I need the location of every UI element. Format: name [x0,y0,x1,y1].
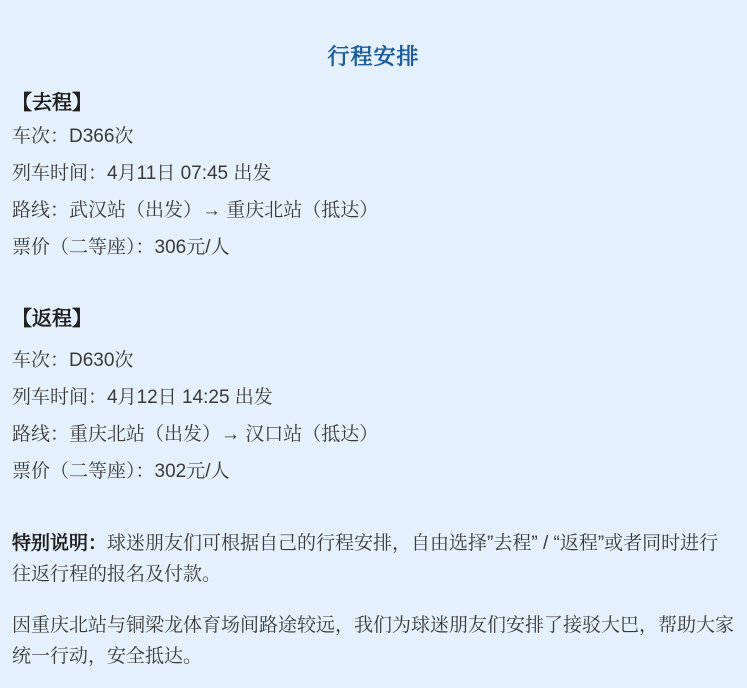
outbound-section: 【去程】 车次：D366次 列车时间：4月11日 07:45 出发 路线：武汉站… [12,92,735,258]
special-note-text: 球迷朋友们可根据自己的行程安排，自由选择”去程” / “返程”或者同时进行往返行… [12,533,718,585]
outbound-departure-time: 列车时间：4月11日 07:45 出发 [12,163,735,184]
return-section: 【返程】 车次：D630次 列车时间：4月12日 14:25 出发 路线：重庆北… [12,308,735,482]
special-note-label: 特别说明： [12,533,107,554]
return-section-heading: 【返程】 [12,308,735,330]
page-title: 行程安排 [12,0,735,70]
return-departure-time: 列车时间：4月12日 14:25 出发 [12,387,735,408]
return-train-number: 车次：D630次 [12,350,735,371]
special-note-paragraph: 特别说明：球迷朋友们可根据自己的行程安排，自由选择”去程” / “返程”或者同时… [12,528,735,590]
return-route: 路线：重庆北站（出发）→ 汉口站（抵达） [12,424,735,445]
outbound-ticket-price: 票价（二等座）：306元/人 [12,237,735,258]
article-page: 行程安排 【去程】 车次：D366次 列车时间：4月11日 07:45 出发 路… [0,0,747,672]
outbound-section-heading: 【去程】 [12,92,735,114]
shuttle-note-paragraph: 因重庆北站与铜梁龙体育场间路途较远，我们为球迷朋友们安排了接驳大巴，帮助大家统一… [12,610,735,672]
outbound-route: 路线：武汉站（出发）→ 重庆北站（抵达） [12,200,735,221]
outbound-train-number: 车次：D366次 [12,126,735,147]
return-ticket-price: 票价（二等座）：302元/人 [12,461,735,482]
